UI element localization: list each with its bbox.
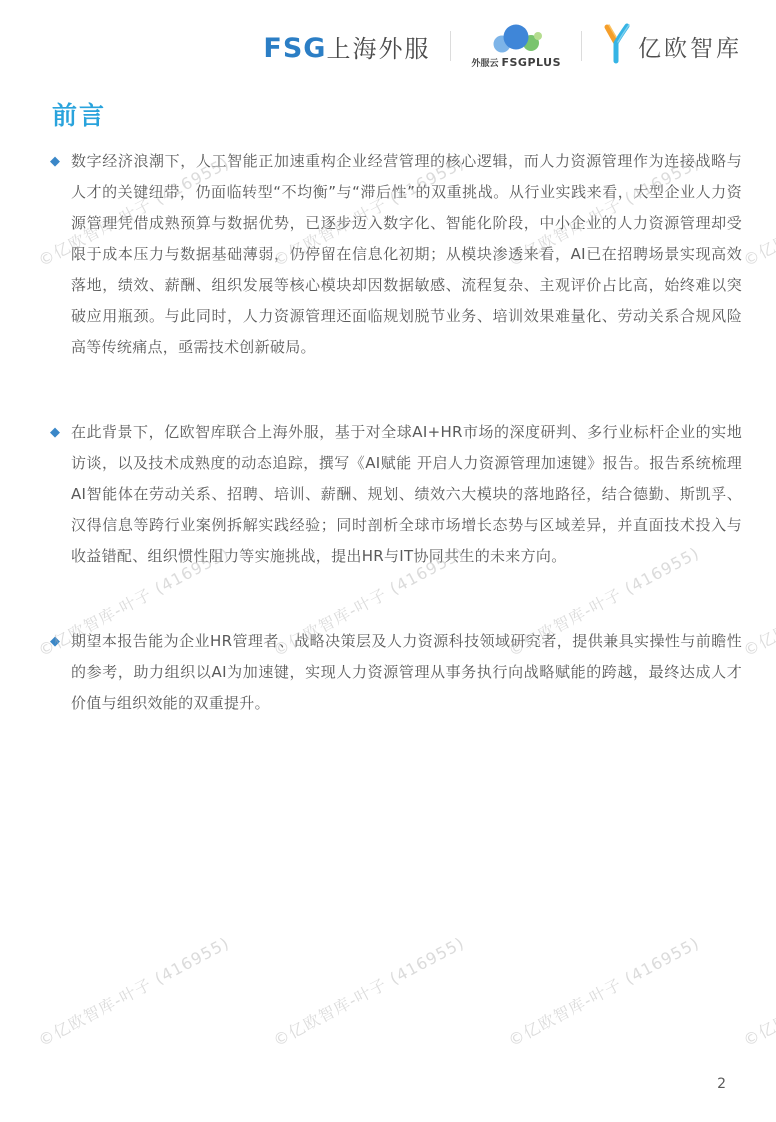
paragraph-text: 在此背景下，亿欧智库联合上海外服，基于对全球AI+HR市场的深度研判、多行业标杆… (71, 417, 742, 572)
diamond-bullet-icon: ◆ (50, 626, 71, 657)
fsgplus-prefix: 外服云 (471, 56, 498, 69)
cloud-icon (487, 23, 545, 55)
paragraph: ◆ 数字经济浪潮下，人工智能正加速重构企业经营管理的核心逻辑，而人力资源管理作为… (50, 146, 742, 363)
paragraph: ◆ 期望本报告能为企业HR管理者、战略决策层及人力资源科技领域研究者，提供兼具实… (50, 626, 742, 719)
preface-content: ◆ 数字经济浪潮下，人工智能正加速重构企业经营管理的核心逻辑，而人力资源管理作为… (50, 146, 742, 719)
fsg-shanghai-waifu-logo: FSG上海外服 (263, 29, 430, 64)
fsg-logo-mark: FSG (263, 33, 326, 64)
page-number: 2 (717, 1076, 726, 1092)
watermark-text: ©亿欧智库-叶子 (416955) (270, 932, 469, 1052)
watermark-text: ©亿欧智库-叶子 (416955) (35, 932, 234, 1052)
diamond-bullet-icon: ◆ (50, 417, 71, 448)
fsg-logo-name: 上海外服 (326, 29, 430, 64)
paragraph-text: 期望本报告能为企业HR管理者、战略决策层及人力资源科技领域研究者，提供兼具实操性… (71, 626, 742, 719)
fsgplus-logo-text: 外服云 FSGPLUS (471, 56, 561, 69)
yiou-y-icon (602, 23, 632, 69)
fsgplus-cloud-logo: 外服云 FSGPLUS (471, 23, 561, 69)
paragraph: ◆ 在此背景下，亿欧智库联合上海外服，基于对全球AI+HR市场的深度研判、多行业… (50, 417, 742, 572)
watermark-text: ©亿欧智库-叶子 (416955) (740, 932, 776, 1052)
header-logos: FSG上海外服 外服云 FSGPLUS (263, 22, 742, 70)
page-title: 前言 (52, 96, 776, 132)
header-divider (581, 31, 582, 61)
watermark-text: ©亿欧智库-叶子 (416955) (505, 932, 704, 1052)
yiou-zhiku-logo: 亿欧智库 (602, 23, 742, 69)
header-divider (450, 31, 451, 61)
watermark-text: ©亿欧智库-叶子 (416955) (740, 542, 776, 662)
watermark-text: ©亿欧智库-叶子 (416955) (740, 152, 776, 272)
fsgplus-name: FSGPLUS (502, 56, 562, 69)
yiou-logo-name: 亿欧智库 (638, 30, 742, 63)
diamond-bullet-icon: ◆ (50, 146, 71, 177)
document-page: FSG上海外服 外服云 FSGPLUS (0, 0, 776, 1122)
paragraph-text: 数字经济浪潮下，人工智能正加速重构企业经营管理的核心逻辑，而人力资源管理作为连接… (71, 146, 742, 363)
